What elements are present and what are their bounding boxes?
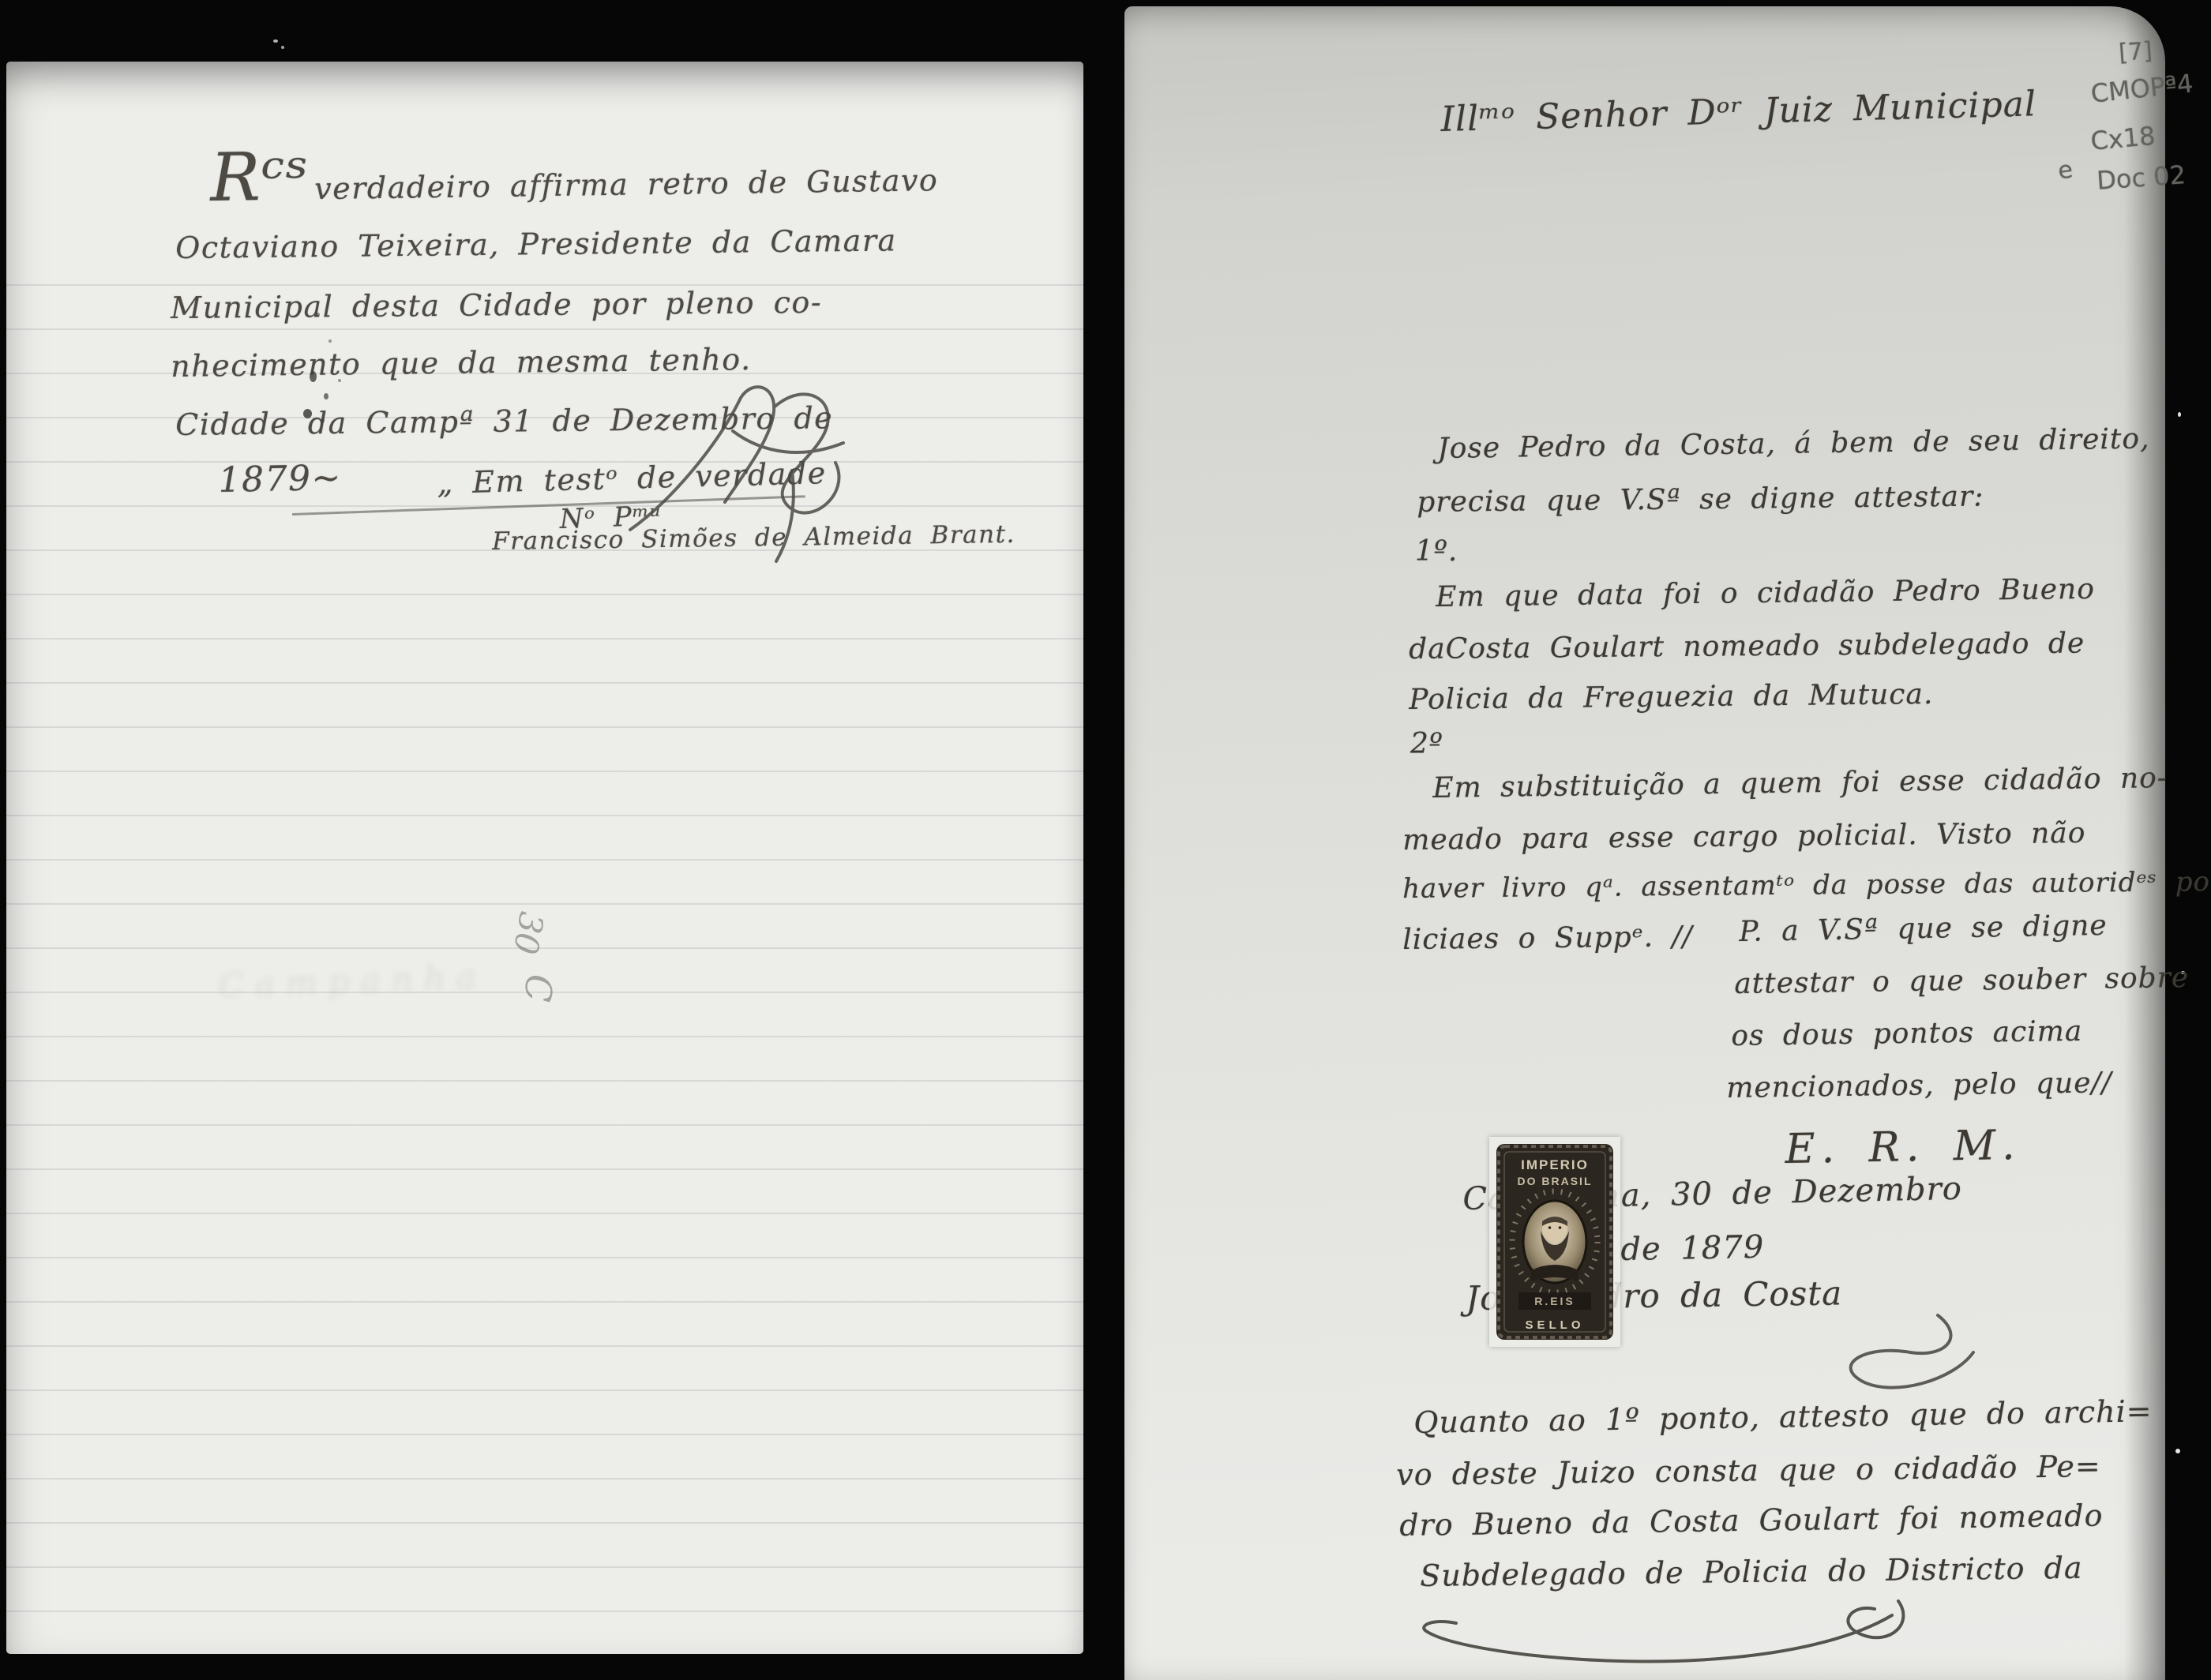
petition-line: mencionados, pelo que// — [1726, 1067, 2112, 1104]
petition-line: attestar o que souber sobre — [1734, 962, 2189, 1000]
right-page: [7] CMOPª4 e Cx18 Doc 02 Illᵐᵒ Senhor Dᵒ… — [1124, 6, 2165, 1680]
handwritten-line: nhecimento que da mesma tenho. — [171, 342, 752, 384]
revenue-stamp: IMPERIO DO BRASIL R.EIS SELLO — [1489, 1137, 1620, 1347]
erm-formula: E. R. M. — [1785, 1122, 2021, 1173]
scan-canvas: Rᶜˢ verdadeiro affirma retro de Gustavo … — [0, 0, 2211, 1680]
archive-mark-number: [7] — [2118, 37, 2153, 67]
item1-label: 1º. — [1415, 535, 1458, 568]
attestation-line: Quanto ao 1º ponto, attesto que do archi… — [1413, 1393, 2153, 1440]
closing-flourish-icon — [1409, 1592, 1930, 1678]
handwritten-line: Em que data foi o cidadão Pedro Bueno — [1436, 573, 2095, 613]
scan-speck — [281, 46, 284, 49]
bleedthrough-word: Campanha — [218, 957, 488, 1005]
attestation-line: dro Bueno da Costa Goulart foi nomeado — [1399, 1498, 2104, 1543]
scan-speck — [2175, 1449, 2180, 1453]
initial-letter: Rᶜˢ — [210, 156, 310, 197]
scan-speck — [2178, 412, 2181, 417]
attest-closing: „ Em testᵒ de verdade — [437, 456, 827, 501]
petition-line: P. a V.Sª que se digne — [1739, 909, 2108, 948]
line-text: verdadeiro affirma retro de Gustavo — [314, 163, 939, 206]
page-edge-shadow — [2124, 6, 2165, 1680]
left-page: Rᶜˢ verdadeiro affirma retro de Gustavo … — [6, 62, 1083, 1654]
salutation: Illᵐᵒ Senhor Dᵒʳ Juiz Municipal — [1440, 84, 2037, 140]
attestation-line: Subdelegado de Policia do Districto da — [1420, 1551, 2083, 1593]
handwritten-line: Cidade da Campª 31 de Dezembro de — [175, 400, 833, 442]
stamp-header1: IMPERIO — [1521, 1157, 1589, 1172]
petition-line: os dous pontos acima — [1731, 1015, 2083, 1052]
archive-mark-collection: CMOPª4 — [2089, 68, 2194, 108]
bleedthrough-number: 30 — [505, 909, 551, 957]
ink-blot — [324, 393, 328, 399]
ink-blot — [310, 371, 317, 382]
handwritten-line: Octaviano Teixeira, Presidente da Camara — [175, 223, 897, 265]
handwritten-line: precisa que V.Sª se digne attestar: — [1417, 480, 1984, 519]
item2-label: 2º — [1410, 728, 1443, 760]
handwritten-line: meado para esse cargo policial. Visto nã… — [1402, 817, 2086, 857]
date-line: de 1879 — [1620, 1229, 1765, 1268]
scan-speck — [273, 39, 278, 43]
ink-blot — [321, 418, 325, 422]
archive-mark-box: Cx18 — [2089, 121, 2157, 156]
archive-mark-stray: e — [2056, 156, 2074, 185]
stamp-footer: SELLO — [1525, 1318, 1584, 1332]
handwritten-year: 1879~ — [218, 458, 342, 501]
attestation-line: vo deste Juizo consta que o cidadão Pe= — [1396, 1449, 2101, 1492]
bleedthrough-letter: C — [516, 973, 561, 1003]
handwritten-line: daCosta Goulart nomeado subdelegado de — [1409, 628, 2085, 666]
archive-mark-doc: Doc 02 — [2096, 159, 2187, 196]
ink-blot — [303, 409, 312, 418]
revenue-stamp-icon: IMPERIO DO BRASIL R.EIS SELLO — [1495, 1142, 1615, 1341]
ink-blot — [328, 339, 332, 343]
ink-blot — [338, 379, 341, 382]
handwritten-line: haver livro qᵃ. assentamᵗᵒ da posse das … — [1402, 866, 2211, 905]
attest-underline — [292, 495, 805, 516]
handwritten-line: Jose Pedro da Costa, á bem de seu direit… — [1437, 422, 2150, 465]
stamp-header2: DO BRASIL — [1518, 1175, 1593, 1187]
handwritten-line: liciaes o Suppᵉ. // — [1402, 921, 1693, 956]
ink-blot — [316, 313, 320, 317]
stamp-value: R.EIS — [1534, 1295, 1575, 1307]
handwritten-line: Policia da Freguezia da Mutuca. — [1409, 678, 1934, 716]
handwritten-line: Rᶜˢ verdadeiro affirma retro de Gustavo — [210, 148, 939, 208]
handwritten-line: Em substituição a quem foi esse cidadão … — [1432, 762, 2168, 804]
handwritten-line: Municipal desta Cidade por pleno co- — [171, 285, 822, 325]
